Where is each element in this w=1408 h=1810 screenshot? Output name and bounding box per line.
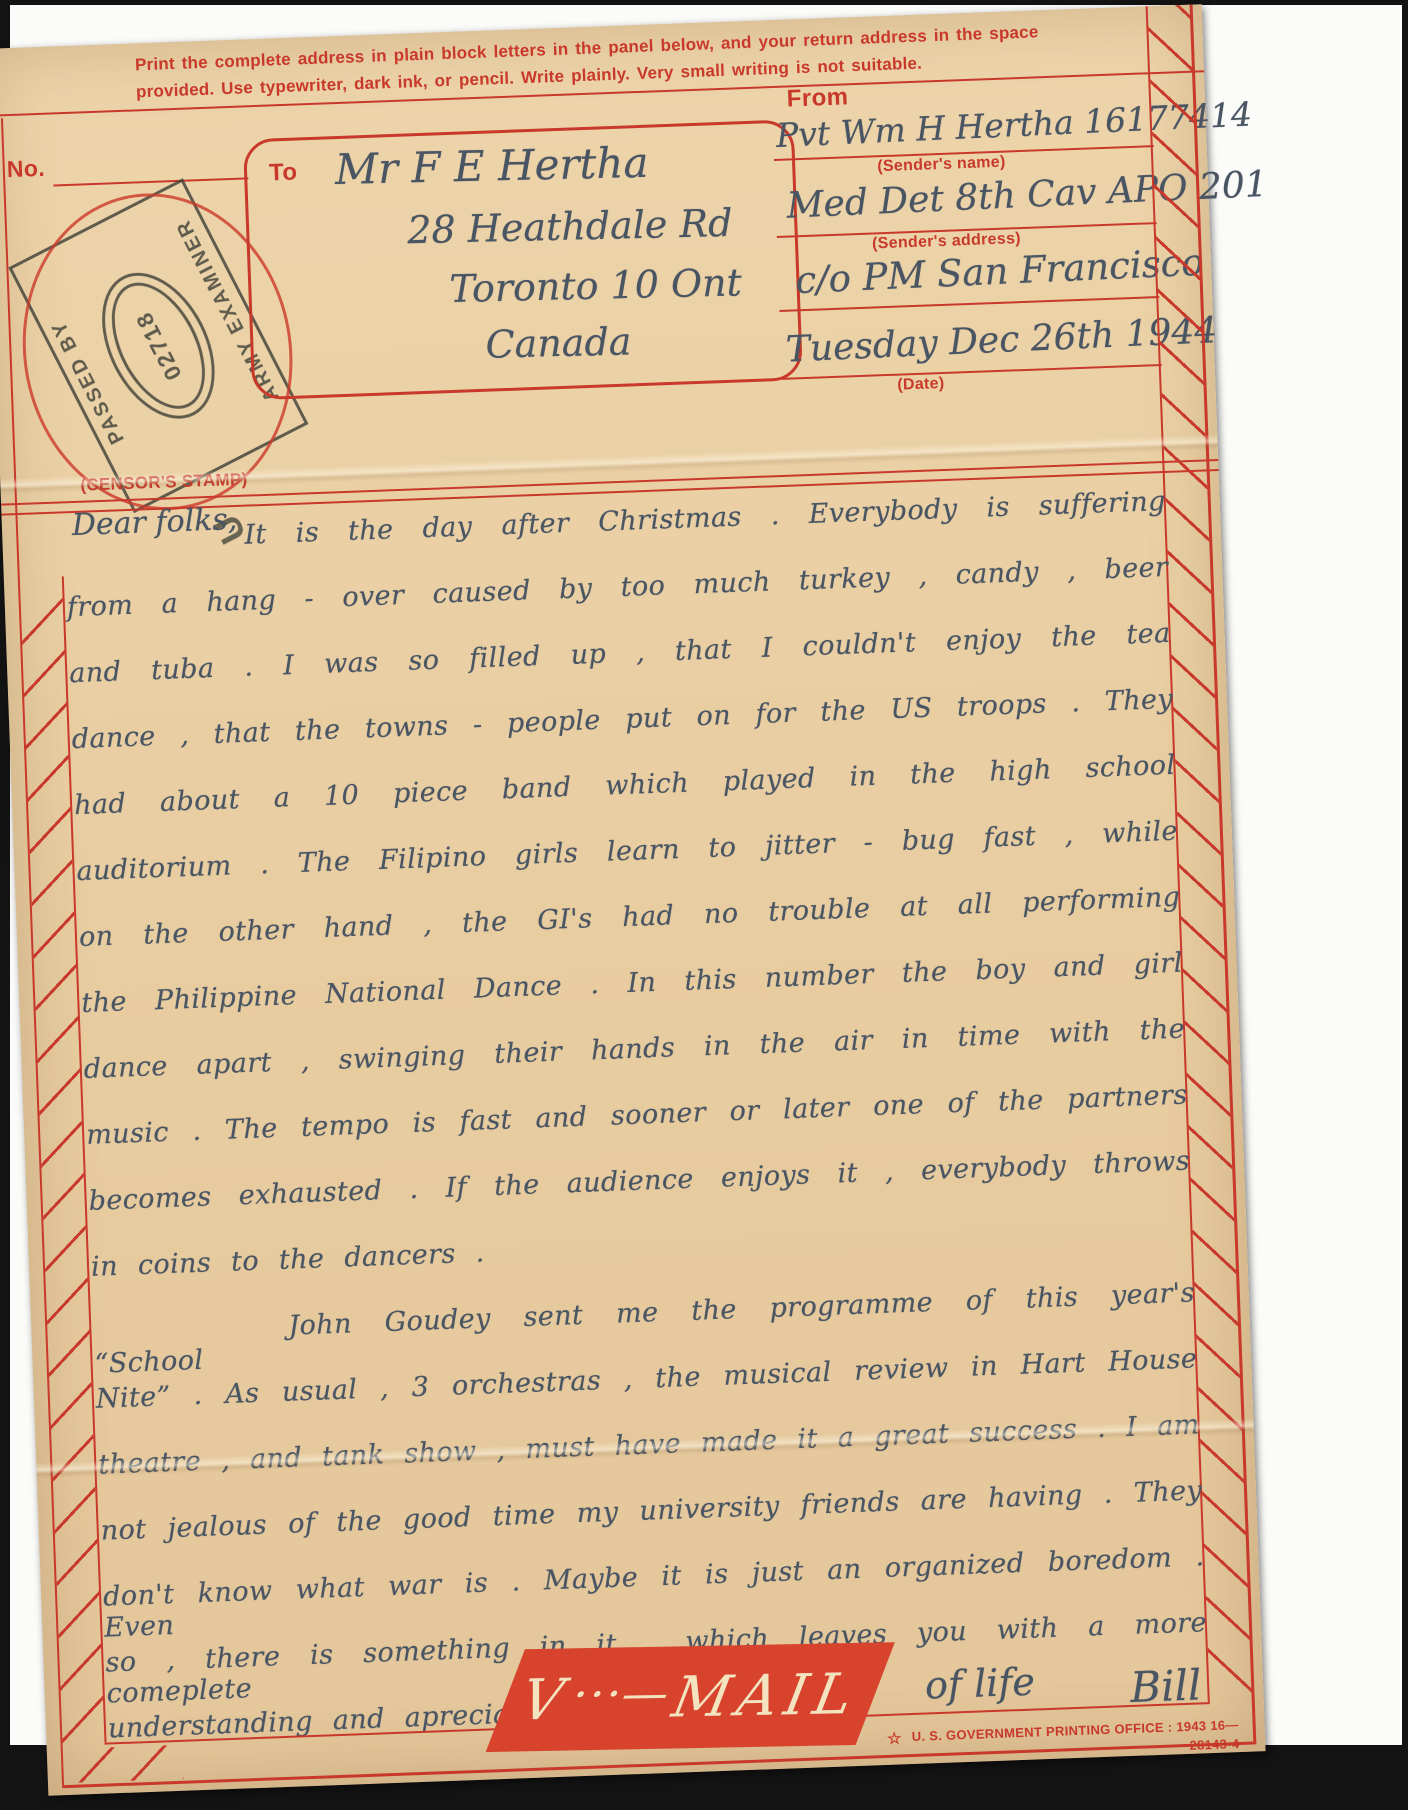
scanned-vmail-letter: Print the complete address in plain bloc… — [0, 0, 1408, 1810]
letter-closing-phrase: of life — [924, 1660, 1035, 1708]
to-address-line1: Mr F E Hertha — [334, 138, 648, 194]
to-address-line3: Toronto 10 Ont — [449, 260, 742, 311]
vmail-logo: V ···— MAIL — [486, 1642, 895, 1752]
letter-body: It is the day after Christmas . Everybod… — [64, 486, 1211, 1780]
no-field-label: No. — [6, 155, 45, 183]
bottom-left-hatching — [63, 1745, 184, 1783]
from-date: Tuesday Dec 26th 1944 — [785, 310, 1218, 371]
star-icon: ☆ — [887, 1730, 902, 1748]
vmail-form-paper: Print the complete address in plain bloc… — [0, 4, 1266, 1795]
to-address-panel: To Mr F E Hertha 28 Heathdale Rd Toronto… — [243, 119, 803, 400]
vmail-logo-mail: MAIL — [661, 1661, 871, 1730]
date-caption: (Date) — [897, 375, 945, 395]
sender-name-caption: (Sender's name) — [877, 154, 1006, 177]
from-address2: c/o PM San Francisco — [794, 241, 1204, 302]
to-address-line2: 28 Heathdale Rd — [407, 201, 733, 252]
vmail-logo-morse-code: ···— — [563, 1665, 682, 1721]
from-label: From — [786, 83, 849, 113]
to-address-line4: Canada — [485, 319, 632, 366]
to-label: To — [269, 159, 298, 188]
no-field-line — [53, 177, 248, 186]
